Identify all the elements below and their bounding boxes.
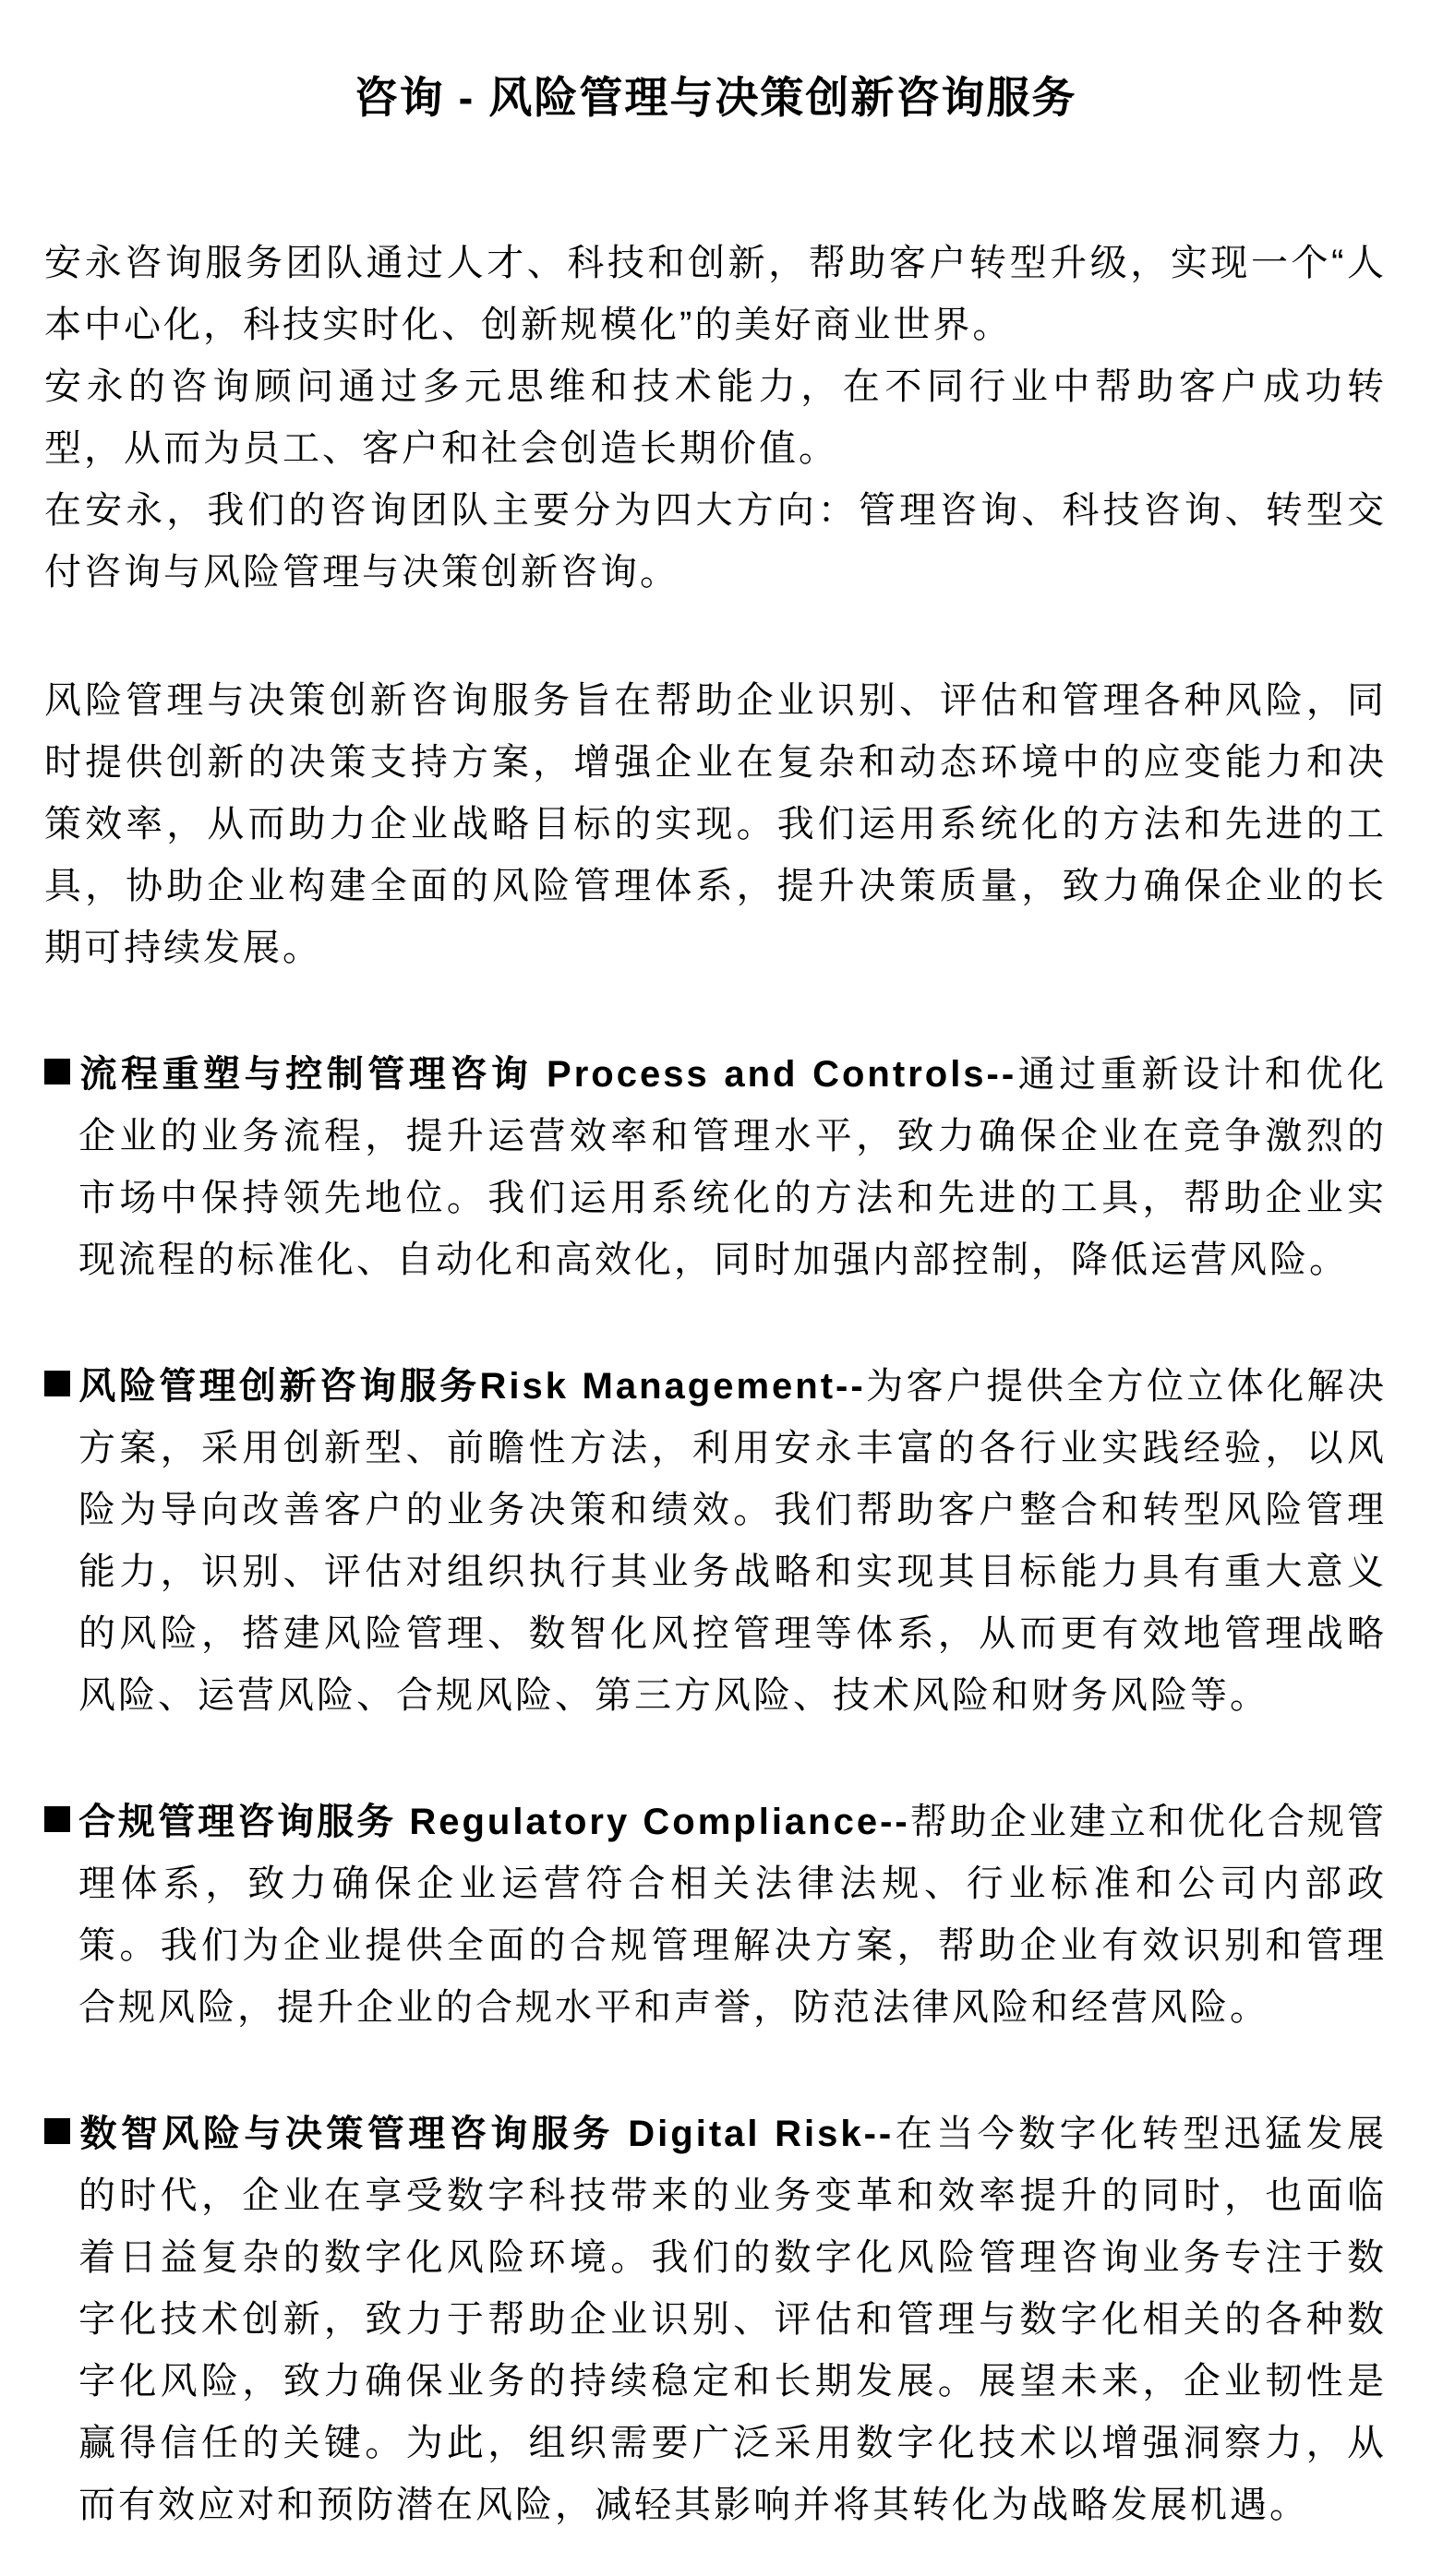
intro-line-2: 安永的咨询顾问通过多元思维和技术能力，在不同行业中帮助客户成功转型，从而为员工、… xyxy=(44,356,1387,480)
bullet-item-process-and-controls: 流程重塑与控制管理咨询 Process and Controls--通过重新设计… xyxy=(44,1044,1387,1291)
bullet-heading: 数智风险与决策管理咨询服务 Digital Risk-- xyxy=(78,2114,894,2154)
black-square-bullet-icon xyxy=(44,2118,70,2144)
bullet-body: 在当今数字化转型迅猛发展的时代，企业在享受数字科技带来的业务变革和效率提升的同时… xyxy=(78,2114,1387,2525)
document-page: 咨询 - 风险管理与决策创新咨询服务 安永咨询服务团队通过人才、科技和创新，帮助… xyxy=(0,0,1431,2576)
bullet-heading: 流程重塑与控制管理咨询 Process and Controls-- xyxy=(78,1054,1016,1095)
intro-line-3: 在安永，我们的咨询团队主要分为四大方向：管理咨询、科技咨询、转型交付咨询与风险管… xyxy=(44,480,1387,604)
bullet-item-regulatory-compliance: 合规管理咨询服务 Regulatory Compliance--帮助企业建立和优… xyxy=(44,1791,1387,2039)
black-square-bullet-icon xyxy=(44,1371,70,1396)
bullet-heading: 风险管理创新咨询服务Risk Management-- xyxy=(78,1366,866,1407)
overview-paragraph: 风险管理与决策创新咨询服务旨在帮助企业识别、评估和管理各种风险，同时提供创新的决… xyxy=(44,670,1387,979)
black-square-bullet-icon xyxy=(44,1059,70,1084)
bullet-item-digital-risk: 数智风险与决策管理咨询服务 Digital Risk--在当今数字化转型迅猛发展… xyxy=(44,2103,1387,2536)
black-square-bullet-icon xyxy=(44,1806,70,1832)
document-content: 安永咨询服务团队通过人才、科技和创新，帮助客户转型升级，实现一个“人本中心化，科… xyxy=(44,233,1387,2536)
bullet-body: 为客户提供全方位立体化解决方案，采用创新型、前瞻性方法，利用安永丰富的各行业实践… xyxy=(78,1366,1387,1716)
intro-line-1: 安永咨询服务团队通过人才、科技和创新，帮助客户转型升级，实现一个“人本中心化，科… xyxy=(44,233,1387,356)
bullet-heading: 合规管理咨询服务 Regulatory Compliance-- xyxy=(78,1802,910,1842)
page-title: 咨询 - 风险管理与决策创新咨询服务 xyxy=(0,0,1431,126)
bullet-item-risk-management: 风险管理创新咨询服务Risk Management--为客户提供全方位立体化解决… xyxy=(44,1356,1387,1727)
